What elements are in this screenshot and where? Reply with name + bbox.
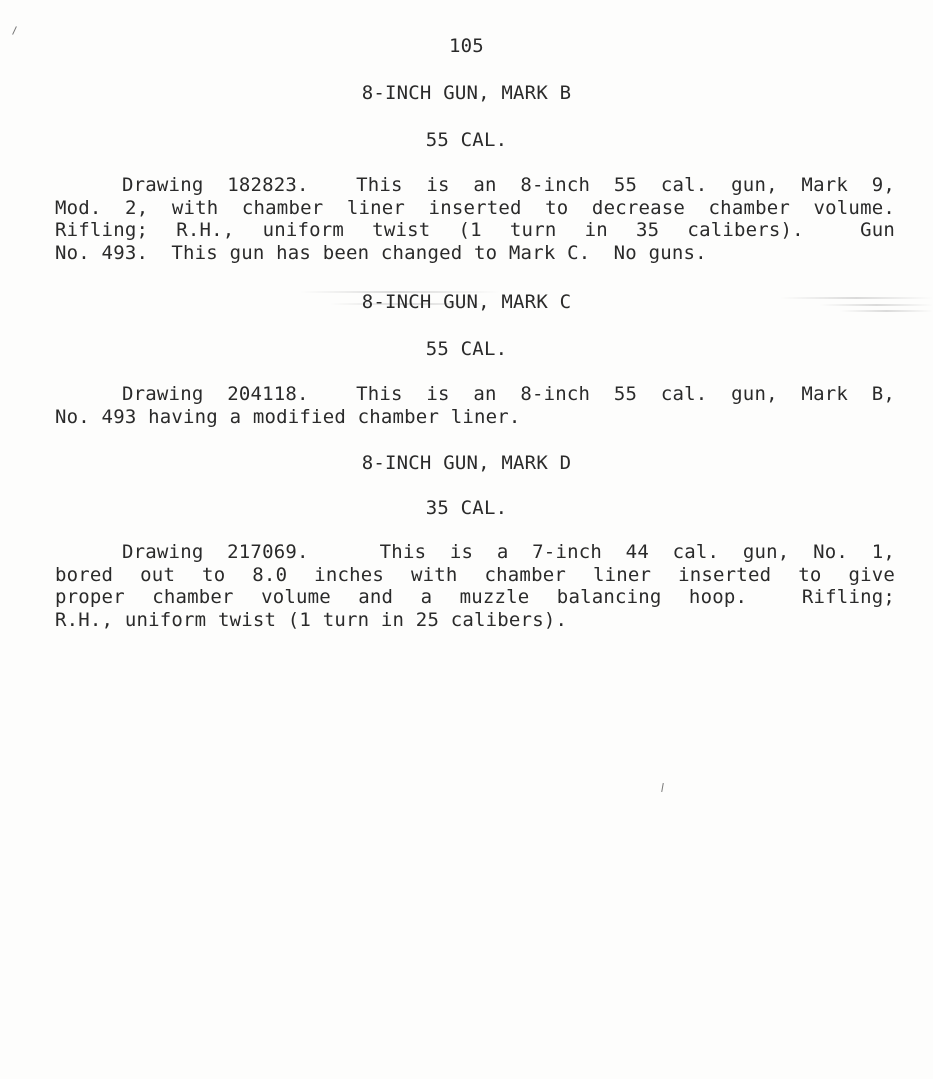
scan-mark <box>12 26 17 35</box>
section-paragraph: Drawing 204118. This is an 8-inch 55 cal… <box>55 383 895 428</box>
section-caliber: 35 CAL. <box>0 497 933 519</box>
section-heading: 8-INCH GUN, MARK C <box>0 291 933 313</box>
paragraph-line: proper chamber volume and a muzzle balan… <box>55 586 895 609</box>
paragraph-line: R.H., uniform twist (1 turn in 25 calibe… <box>55 609 895 632</box>
section-paragraph: Drawing 217069. This is a 7-inch 44 cal.… <box>55 541 895 631</box>
section-heading: 8-INCH GUN, MARK D <box>0 452 933 474</box>
scan-mark <box>661 783 664 792</box>
paragraph-line: Drawing 217069. This is a 7-inch 44 cal.… <box>55 541 895 564</box>
paragraph-line: Drawing 182823. This is an 8-inch 55 cal… <box>55 174 895 197</box>
section-heading: 8-INCH GUN, MARK B <box>0 82 933 104</box>
paragraph-line: No. 493. This gun has been changed to Ma… <box>55 242 895 265</box>
paragraph-line: No. 493 having a modified chamber liner. <box>55 406 895 429</box>
document-page: 105 8-INCH GUN, MARK B 55 CAL. Drawing 1… <box>0 0 933 1079</box>
paragraph-line: Mod. 2, with chamber liner inserted to d… <box>55 197 895 220</box>
section-paragraph: Drawing 182823. This is an 8-inch 55 cal… <box>55 174 895 264</box>
paragraph-line: Drawing 204118. This is an 8-inch 55 cal… <box>55 383 895 406</box>
page-number: 105 <box>0 35 933 57</box>
section-caliber: 55 CAL. <box>0 338 933 360</box>
section-caliber: 55 CAL. <box>0 129 933 151</box>
paragraph-line: Rifling; R.H., uniform twist (1 turn in … <box>55 219 895 242</box>
paragraph-line: bored out to 8.0 inches with chamber lin… <box>55 564 895 587</box>
